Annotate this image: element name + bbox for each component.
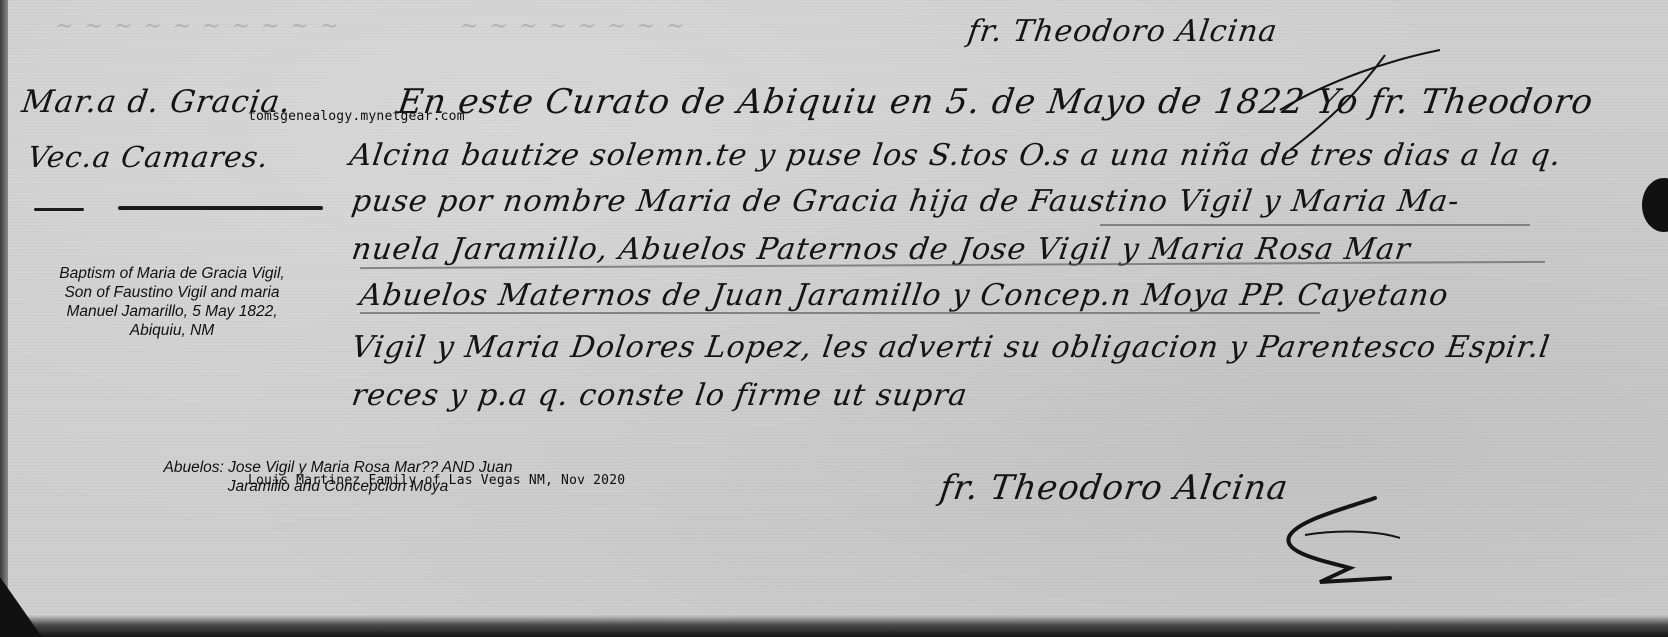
- handwritten-line-2: Alcina bautize solemn.te y puse los S.to…: [348, 138, 1564, 173]
- handwritten-line-3: puse por nombre Maria de Gracia hija de …: [350, 184, 1462, 219]
- caption-line: Abiquiu, NM: [22, 321, 322, 340]
- caption-line: Baptism of Maria de Gracia Vigil,: [22, 264, 322, 283]
- handwritten-line-5: Abuelos Maternos de Juan Jaramillo y Con…: [358, 278, 1451, 313]
- signature-rubric-icon: [1280, 490, 1420, 590]
- baptism-caption: Baptism of Maria de Gracia Vigil, Son of…: [22, 264, 322, 340]
- pencil-underline: [360, 312, 1320, 314]
- handwritten-line-1: En este Curato de Abiquiu en 5. de Mayo …: [395, 82, 1596, 122]
- handwritten-line-7: reces y p.a q. conste lo firme ut supra: [350, 378, 970, 413]
- ink-blot: [1642, 178, 1668, 232]
- site-watermark: tomsgenealogy.mynetgear.com: [248, 109, 465, 124]
- bleed-through-text: ~ ~ ~ ~ ~ ~ ~ ~ ~ ~: [55, 14, 340, 39]
- document-scan: ~ ~ ~ ~ ~ ~ ~ ~ ~ ~ ~ ~ ~ ~ ~ ~ ~ ~ fr. …: [0, 0, 1668, 637]
- margin-rule: [118, 206, 323, 210]
- margin-note-place: Vec.a Camares.: [26, 140, 272, 174]
- margin-rule-short: [34, 208, 84, 211]
- handwritten-line-6: Vigil y Maria Dolores Lopez, les adverti…: [350, 330, 1553, 365]
- caption-line: Son of Faustino Vigil and maria: [22, 283, 322, 302]
- caption-line: Manuel Jamarillo, 5 May 1822,: [22, 302, 322, 321]
- bottom-signature: fr. Theodoro Alcina: [937, 468, 1291, 508]
- page-corner-shadow: [0, 577, 42, 637]
- bleed-through-text: ~ ~ ~ ~ ~ ~ ~ ~: [460, 14, 686, 39]
- top-signature: fr. Theodoro Alcina: [966, 14, 1280, 49]
- credit-watermark: Louis Martinez Family of Las Vegas NM, N…: [248, 473, 625, 488]
- page-left-edge: [0, 0, 8, 637]
- pencil-underline: [1100, 224, 1530, 226]
- page-bottom-edge: [0, 615, 1668, 637]
